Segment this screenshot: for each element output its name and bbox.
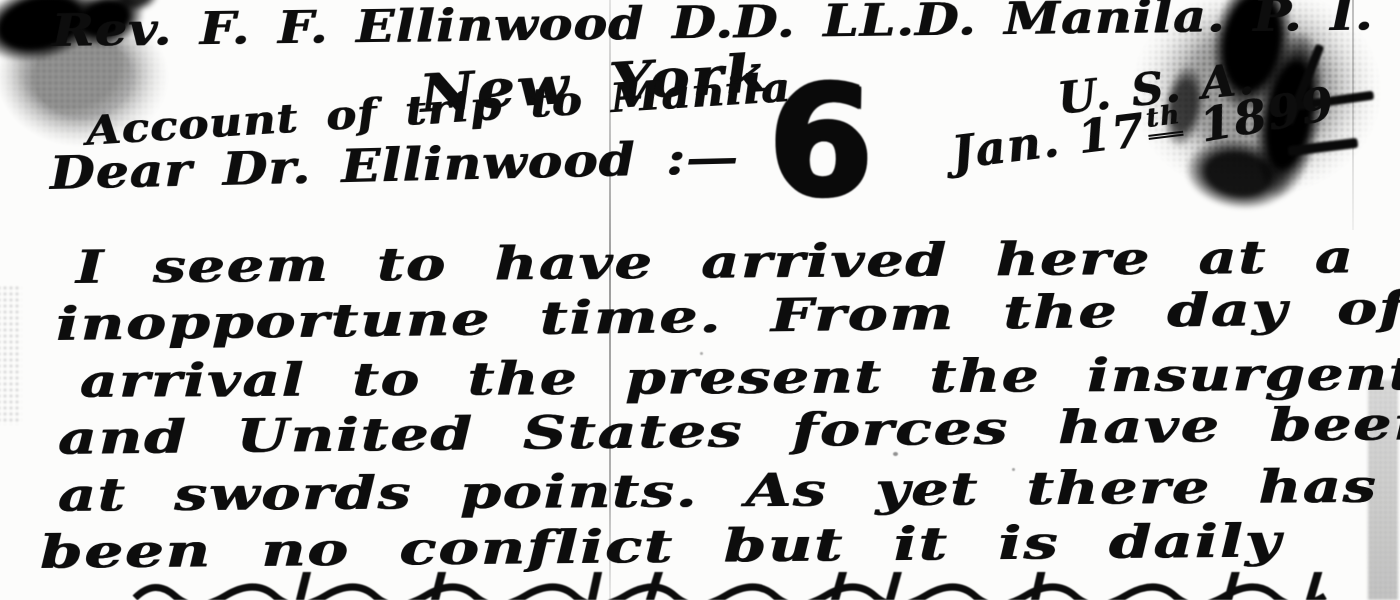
clipped-handwriting-line: [130, 572, 1360, 600]
left-margin-speckles: [0, 285, 22, 425]
date-ordinal: th: [1145, 100, 1184, 140]
page-number: 6: [767, 65, 875, 219]
letter-body: I seem to have arrived here at a very in…: [40, 240, 1233, 582]
scanned-letter-page: Rev. F. F. Ellinwood D.D. LL.D. Manila. …: [0, 0, 1400, 600]
